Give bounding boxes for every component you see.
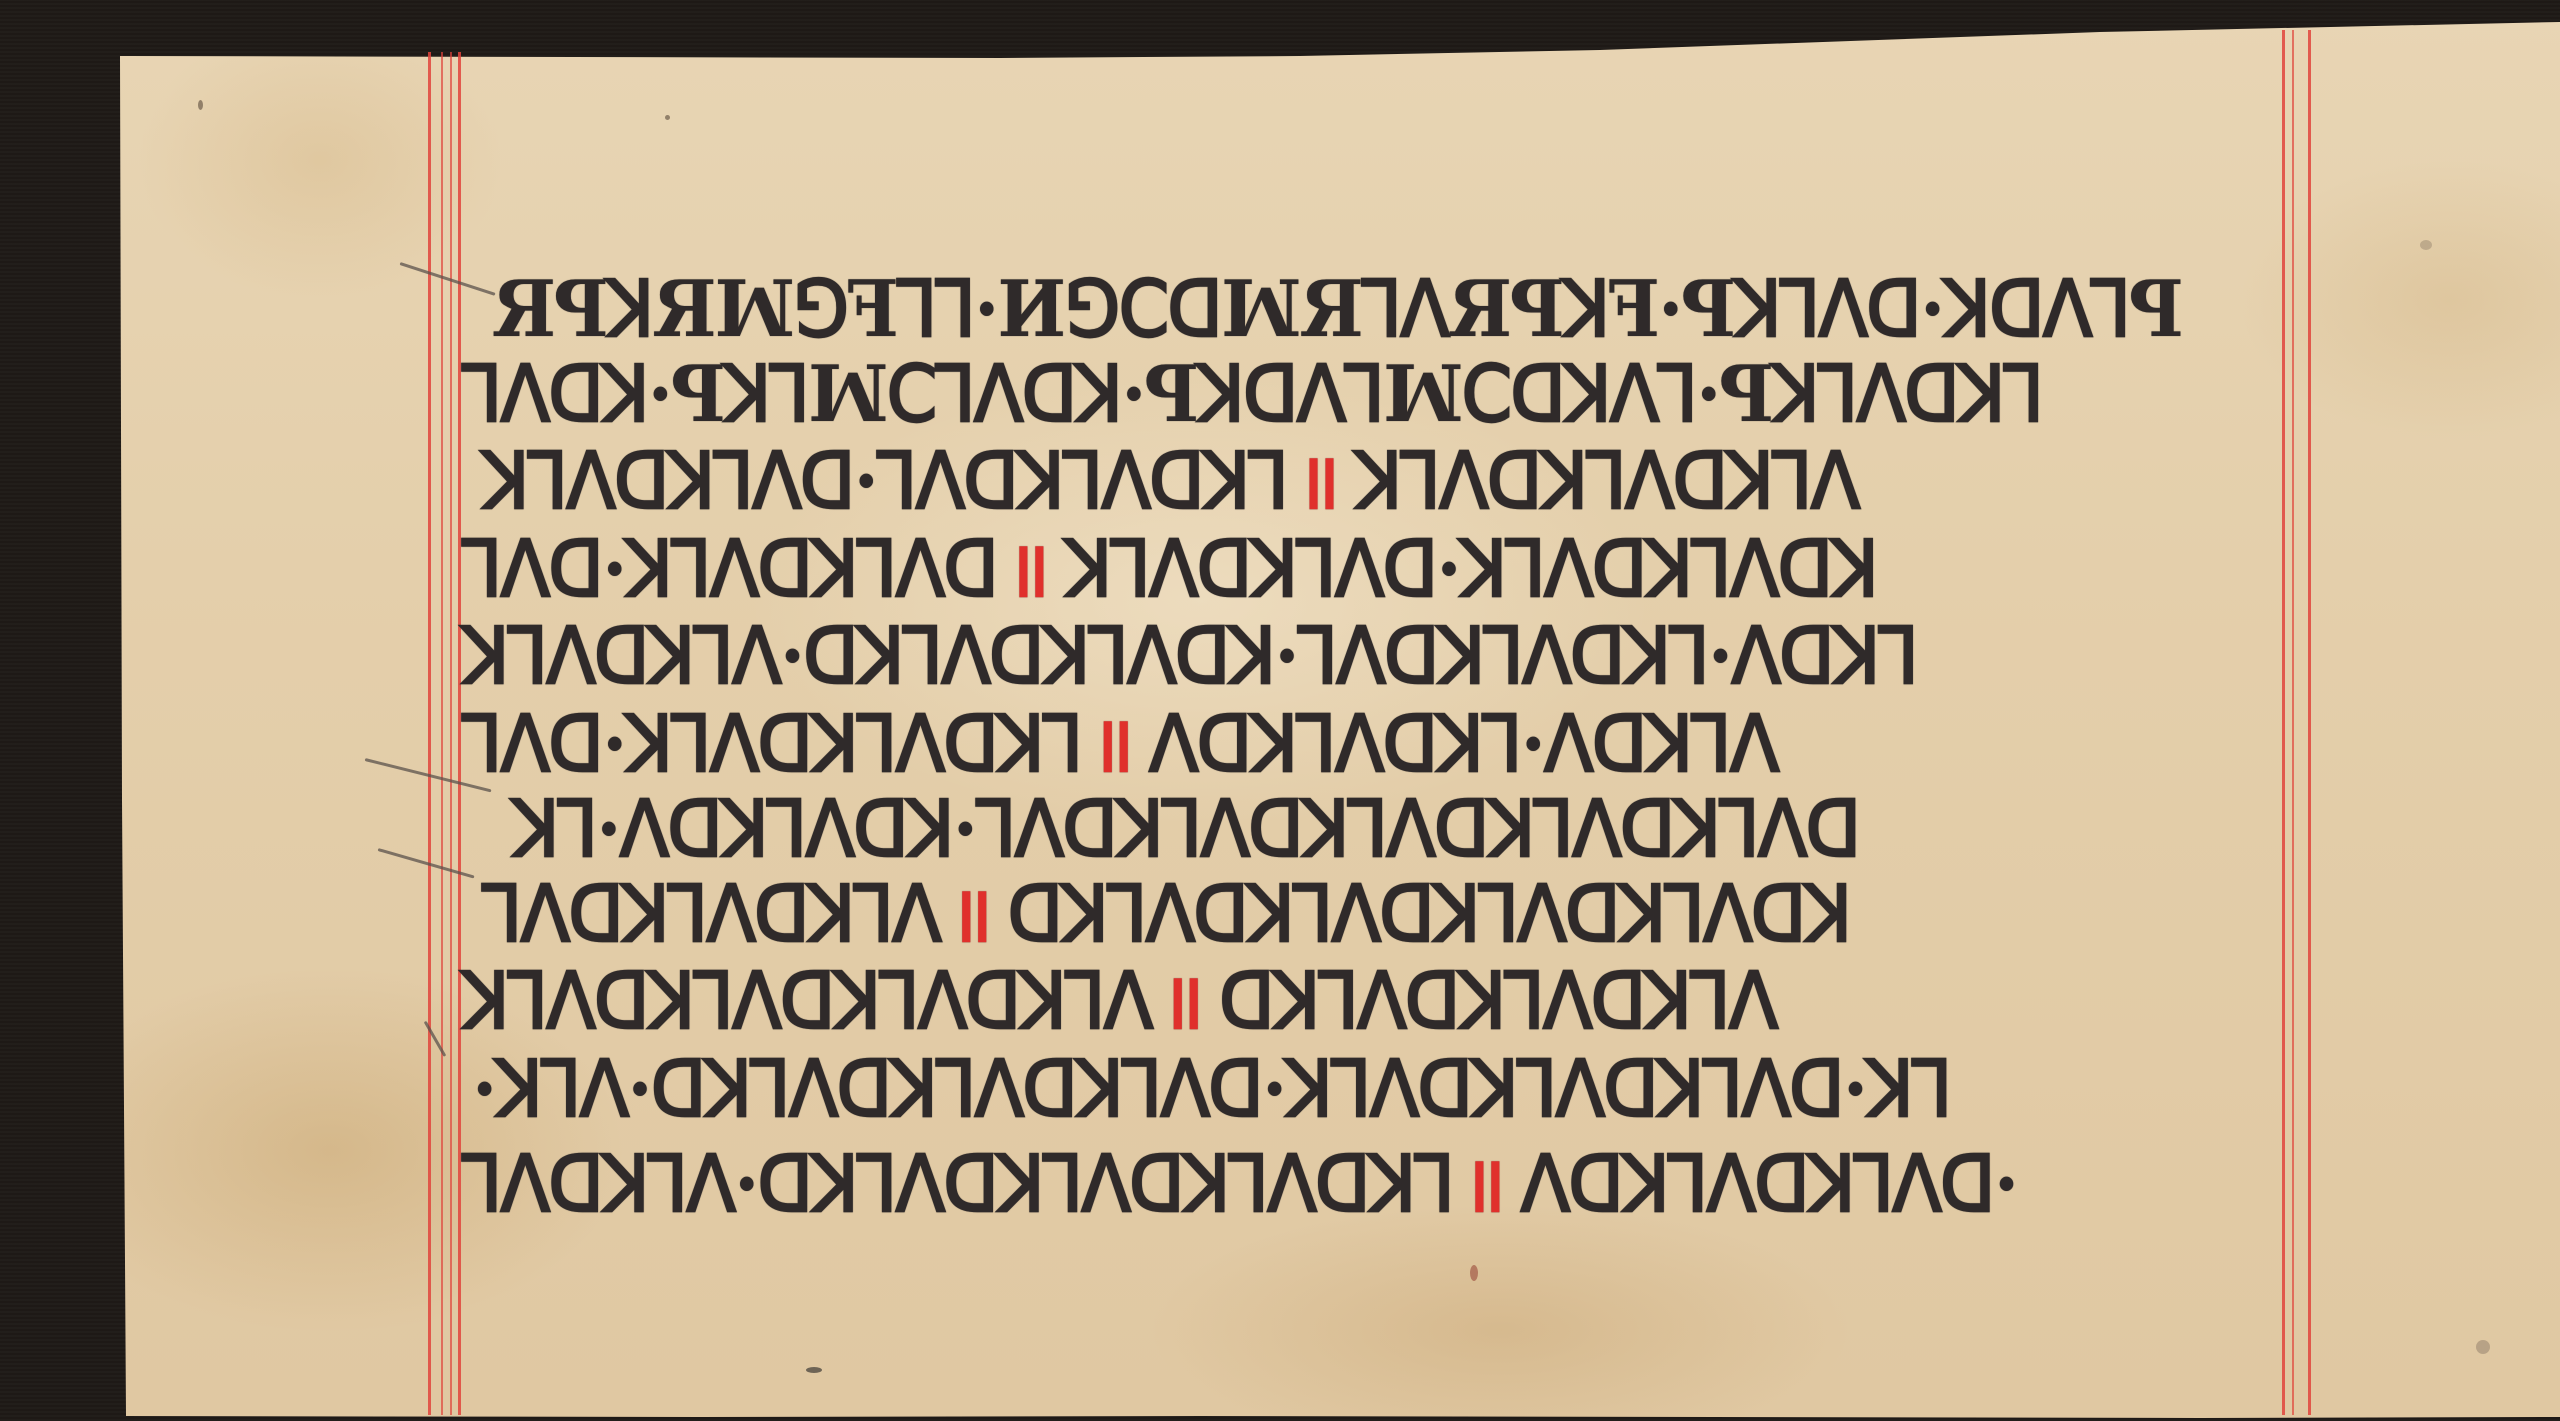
text-line-3: ꓘꓶꓥꓷꓘꓶꓥꓷ·ꓶꓥꓷꓘꓶꓥꓷꓘꓶ॥ꓘꓶꓥꓷꓘꓶꓥꓷꓘꓶꓥ — [482, 442, 1859, 522]
danda-mark: ॥ — [1161, 962, 1210, 1042]
paper-speck — [1470, 1265, 1478, 1281]
paper-speck — [2420, 240, 2432, 250]
paper-speck — [665, 115, 670, 120]
text-line-7: ꓘꓶ·ꓥꓷꓘꓶꓥꓷꓘ·ꓶꓥꓷꓘꓶꓥꓷꓘꓶꓥꓷꓘꓶꓥꓷꓘꓶꓥꓷ — [512, 790, 1859, 870]
paper-speck — [2476, 1340, 2490, 1354]
text-line-10: ·ꓘꓶꓥ·ꓷꓘꓶꓥꓷꓘꓶꓥꓷꓘꓶꓥꓷ·ꓘꓶꓥꓷꓘꓶꓥꓷꓘꓶꓥꓷ·ꓘꓶ — [472, 1050, 1951, 1130]
text-line-4: ꓶꓥꓷ·ꓘꓶꓥꓷꓘꓶꓥꓷ॥ꓘꓶꓥꓷꓘꓶꓥꓷ·ꓘꓶꓥꓷꓘꓶꓥꓷꓘ — [462, 530, 1877, 610]
text-line-8: ꓶꓥꓷꓘꓶꓥꓷꓘꓶꓥ॥ꓷꓘꓶꓥꓷꓘꓶꓥꓷꓘꓶꓥꓷꓘꓶꓥꓷꓘ — [482, 875, 1850, 955]
manuscript-photo: ЯꟼꓘЯꟽꓨꟻꓶꓶ·ИꓨꓚꓷꟽЯꓶꓥЯꟼꓘꟻ·ꟼꓘꓶꓥꓷ·ꓘꓷꓥꓶꟼ ꓶꓥꓷꓘ·… — [0, 0, 2560, 1421]
text-line-1: ЯꟼꓘЯꟽꓨꟻꓶꓶ·ИꓨꓚꓷꟽЯꓶꓥЯꟼꓘꟻ·ꟼꓘꓶꓥꓷ·ꓘꓷꓥꓶꟼ — [492, 270, 2182, 350]
paper-speck — [198, 100, 203, 110]
left-margin-rule — [441, 52, 443, 1415]
text-line-5: ꓘꓶꓥꓷꓘꓶꓥ·ꓷꓘꓶꓥꓷꓘꓶꓥꓷꓘ·ꓶꓥꓷꓘꓶꓥꓷꓘꓶ·ꓥꓷꓘꓶ — [462, 617, 1917, 697]
right-margin-rule — [2282, 30, 2285, 1415]
text-line-6: ꓶꓥꓷ·ꓘꓶꓥꓷꓘꓶꓥꓷꓘꓶ॥ꓥꓷꓘꓶꓥꓷꓘꓶ·ꓥꓷꓘꓶꓥ — [462, 705, 1778, 785]
danda-mark: ॥ — [1297, 442, 1346, 522]
left-margin-rule — [458, 52, 461, 1415]
danda-mark: ॥ — [1462, 1145, 1511, 1225]
right-margin-rule — [2292, 30, 2294, 1415]
danda-mark: ॥ — [1006, 530, 1055, 610]
left-margin-rule — [428, 52, 431, 1415]
right-margin-rule — [2308, 30, 2311, 1415]
danda-mark: ॥ — [1091, 705, 1140, 785]
danda-mark: ॥ — [949, 875, 998, 955]
text-line-2: ꓶꓥꓷꓘ·ꟼꓘꓶꟽꓚꓶꓥꓷꓘ·ꟼꓘꓷꓥꓶꟽꓚꓷꓘꓥꓶ·ꟼꓘꓶꓥꓷꓘꓶ — [462, 355, 2042, 435]
text-line-9: ꓘꓶꓥꓷꓘꓶꓥꓷꓘꓶꓥꓷꓘꓶꓥ॥ꓷꓘꓶꓥꓷꓘꓶꓥꓷꓘꓶꓥ — [462, 962, 1777, 1042]
left-margin-rule — [450, 52, 452, 1415]
paper-speck — [806, 1367, 822, 1373]
text-line-11: ꓶꓥꓷꓘꓶꓥ·ꓷꓘꓶꓥꓷꓘꓶꓥꓷꓘꓶꓥꓷꓘꓶ॥ꓥꓷꓘꓶꓥꓷꓘꓶꓥꓷ· — [462, 1145, 2017, 1225]
